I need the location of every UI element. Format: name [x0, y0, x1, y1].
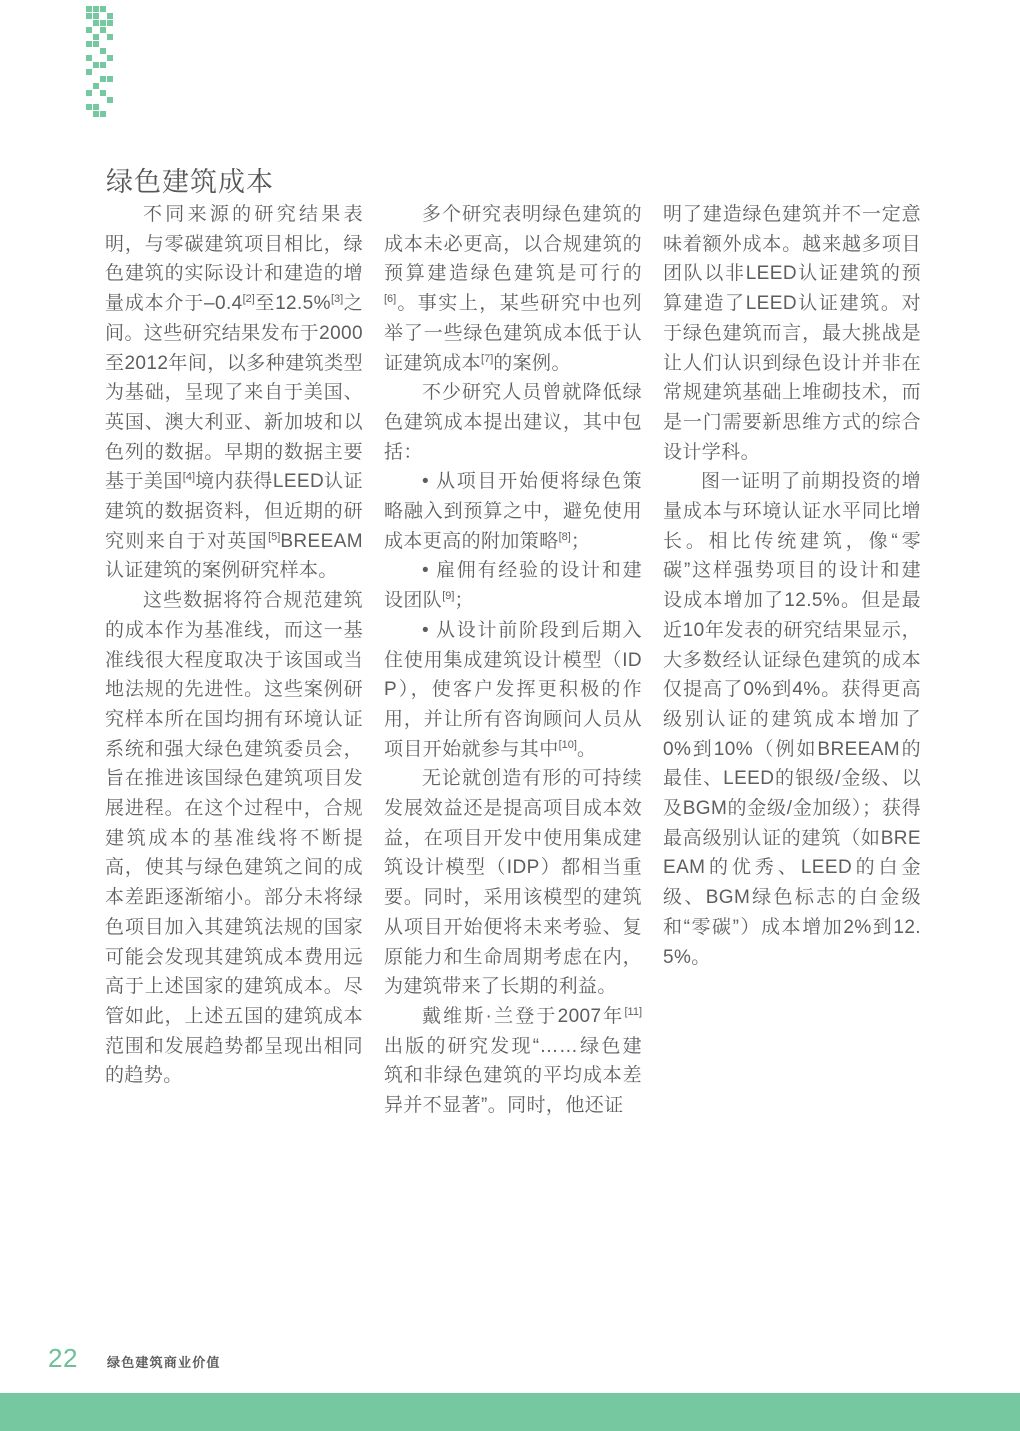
paragraph: 图一证明了前期投资的增量成本与环境认证水平同比增长。相比传统建筑，像“零碳”这样…	[663, 467, 921, 972]
bottom-accent-bar	[0, 1393, 1020, 1431]
pixel-square	[100, 20, 106, 26]
pixel-square	[93, 90, 99, 96]
paragraph: 这些数据将符合规范建筑的成本作为基准线，而这一基准线很大程度取决于该国或当地法规…	[105, 586, 363, 1091]
paragraph: • 从项目开始便将绿色策略融入到预算之中，避免使用成本更高的附加策略[8]；	[384, 467, 642, 556]
pixel-square	[93, 13, 99, 19]
pixel-square	[100, 62, 106, 68]
paragraph: 无论就创造有形的可持续发展效益还是提高项目成本效益，在项目开发中使用集成建筑设计…	[384, 764, 642, 1002]
text-columns: 不同来源的研究结果表明，与零碳建筑项目相比，绿色建筑的实际设计和建造的增量成本介…	[105, 200, 921, 1121]
pixel-square	[86, 104, 92, 110]
pixel-square	[86, 48, 92, 54]
pixel-square	[86, 111, 92, 117]
pixel-square	[100, 6, 106, 12]
pixel-square	[100, 41, 106, 47]
footer-book-title: 绿色建筑商业价值	[107, 1352, 221, 1371]
pixel-square	[93, 41, 99, 47]
pixel-square	[93, 48, 99, 54]
pixel-square	[107, 97, 113, 103]
pixel-square	[86, 83, 92, 89]
pixel-square	[107, 55, 113, 61]
pixel-square	[107, 104, 113, 110]
pixel-square	[100, 83, 106, 89]
footer-page-number: 22	[48, 1343, 78, 1374]
pixel-square	[107, 90, 113, 96]
pixel-square	[86, 6, 92, 12]
pixel-square	[93, 104, 99, 110]
pixel-square	[86, 76, 92, 82]
pixel-square	[86, 34, 92, 40]
pixel-square	[107, 20, 113, 26]
text-column: 不同来源的研究结果表明，与零碳建筑项目相比，绿色建筑的实际设计和建造的增量成本介…	[105, 200, 363, 1121]
pixel-square	[107, 76, 113, 82]
pixel-square	[86, 97, 92, 103]
pixel-square	[100, 13, 106, 19]
pixel-square	[93, 111, 99, 117]
pixel-square	[107, 62, 113, 68]
pixel-square	[86, 13, 92, 19]
text-column: 明了建造绿色建筑并不一定意味着额外成本。越来越多项目团队以非LEED认证建筑的预…	[663, 200, 921, 1121]
pixel-square	[100, 27, 106, 33]
pixel-square	[100, 90, 106, 96]
pixel-square	[93, 69, 99, 75]
pixel-square	[100, 48, 106, 54]
paragraph: 不少研究人员曾就降低绿色建筑成本提出建议，其中包括：	[384, 378, 642, 467]
pixel-square	[93, 20, 99, 26]
pixel-square	[86, 20, 92, 26]
pixel-square	[93, 76, 99, 82]
pixel-square	[100, 69, 106, 75]
paragraph: 戴维斯·兰登于2007年[11]出版的研究发现“……绿色建筑和非绿色建筑的平均成…	[384, 1002, 642, 1121]
pixel-square	[100, 104, 106, 110]
pixel-square	[93, 62, 99, 68]
corner-pixel-squares-icon	[86, 6, 114, 118]
pixel-square	[107, 111, 113, 117]
pixel-square	[107, 83, 113, 89]
pixel-square	[86, 90, 92, 96]
pixel-square	[93, 6, 99, 12]
pixel-square	[93, 27, 99, 33]
pixel-square	[100, 34, 106, 40]
pixel-square	[86, 55, 92, 61]
pixel-square	[93, 55, 99, 61]
pixel-square	[93, 97, 99, 103]
paragraph: • 雇佣有经验的设计和建设团队[9]；	[384, 556, 642, 615]
pixel-square	[107, 48, 113, 54]
pixel-square	[86, 69, 92, 75]
paragraph: 明了建造绿色建筑并不一定意味着额外成本。越来越多项目团队以非LEED认证建筑的预…	[663, 200, 921, 467]
pixel-square	[107, 13, 113, 19]
pixel-square	[107, 34, 113, 40]
pixel-square	[107, 6, 113, 12]
pixel-square	[100, 76, 106, 82]
page-title: 绿色建筑成本	[106, 160, 274, 199]
text-column: 多个研究表明绿色建筑的成本未必更高，以合规建筑的预算建造绿色建筑是可行的[6]。…	[384, 200, 642, 1121]
pixel-square	[86, 62, 92, 68]
pixel-square	[107, 69, 113, 75]
pixel-square	[100, 111, 106, 117]
pixel-square	[93, 83, 99, 89]
document-page: 绿色建筑成本 不同来源的研究结果表明，与零碳建筑项目相比，绿色建筑的实际设计和建…	[0, 0, 1020, 1431]
paragraph: • 从设计前阶段到后期入住使用集成建筑设计模型（IDP），使客户发挥更积极的作用…	[384, 616, 642, 765]
pixel-square	[93, 34, 99, 40]
paragraph: 多个研究表明绿色建筑的成本未必更高，以合规建筑的预算建造绿色建筑是可行的[6]。…	[384, 200, 642, 378]
pixel-square	[107, 41, 113, 47]
pixel-square	[107, 27, 113, 33]
pixel-square	[86, 27, 92, 33]
pixel-square	[100, 97, 106, 103]
pixel-square	[86, 41, 92, 47]
paragraph: 不同来源的研究结果表明，与零碳建筑项目相比，绿色建筑的实际设计和建造的增量成本介…	[105, 200, 363, 586]
pixel-square	[100, 55, 106, 61]
